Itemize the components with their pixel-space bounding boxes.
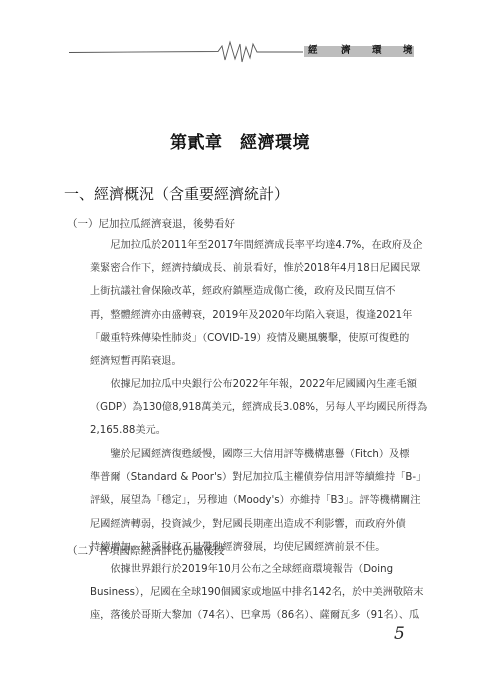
chapter-title: 第貳章 經濟環境 [0,128,480,153]
paragraph: 尼加拉瓜於2011年至2017年間經濟成長率平均達4.7%，在政府及企 業緊密合… [90,234,405,373]
text-line: 業緊密合作下，經濟持續成長、前景看好，惟於2018年4月18日尼國民眾 [90,257,405,280]
running-header: 經 濟 環 境 [0,0,480,80]
text-line: 尼加拉瓜於2011年至2017年間經濟成長率平均達4.7%，在政府及企 [90,234,405,257]
text-line: 鑒於尼國經濟復甦緩慢，國際三大信用評等機構惠譽（Fitch）及標 [90,443,405,466]
subsection-heading: （二）各項國際經濟評比仍屬後段 [67,543,225,558]
text-line: 依據世界銀行於2019年10月公布之全球經商環境報告（Doing [90,558,405,581]
header-label-char: 境 [403,42,413,56]
text-line: 上街抗議社會保險改革，經政府鎮壓造成傷亡後，政府及民間互信不 [90,280,405,303]
paragraph: 依據尼加拉瓜中央銀行公布2022年年報，2022年尼國國內生產毛額 （GDP）為… [90,373,405,443]
text-line: 「嚴重特殊傳染性肺炎」（COVID-19）疫情及颶風襲擊，使原可復甦的 [90,327,405,350]
text-line: 尼國經濟轉弱，投資減少，對尼國長期產出造成不利影響，而政府外債 [90,513,405,536]
text-line: 經濟短暫再陷衰退。 [90,350,405,373]
text-line: 2,165.88美元。 [90,419,405,442]
page-number: 5 [394,624,405,644]
header-label-char: 濟 [341,42,351,56]
text-line: 再，整體經濟亦由盛轉衰，2019年及2020年均陷入衰退，復逢2021年 [90,304,405,327]
paragraph: 依據世界銀行於2019年10月公布之全球經商環境報告（Doing Busines… [90,558,405,628]
header-section-label: 經 濟 環 境 [304,46,414,57]
paragraph: 鑒於尼國經濟復甦緩慢，國際三大信用評等機構惠譽（Fitch）及標 準普爾（Sta… [90,443,405,559]
text-line: 評級，展望為「穩定」，另穆迪（Moody's）亦維持「B3」。評等機構關注 [90,489,405,512]
text-line: 準普爾（Standard & Poor's）對尼加拉瓜主權債券信用評等續維持「B… [90,466,405,489]
text-line: 依據尼加拉瓜中央銀行公布2022年年報，2022年尼國國內生產毛額 [90,373,405,396]
subsection-heading: （一）尼加拉瓜經濟衰退，後勢看好 [67,216,235,231]
text-line: 座，落後於哥斯大黎加（74名）、巴拿馬（86名）、薩爾瓦多（91名）、瓜 [90,604,405,627]
header-rule-zigzag-icon [0,0,480,80]
text-line: Business），尼國在全球190個國家或地區中排名142名，於中美洲敬陪末 [90,581,405,604]
text-line: （GDP）為130億8,918萬美元，經濟成長3.08%，另每人平均國民所得為 [90,396,405,419]
header-label-char: 經 [308,42,318,56]
header-label-char: 環 [372,42,382,56]
section-title: 一、經濟概況（含重要經濟統計） [64,183,289,204]
